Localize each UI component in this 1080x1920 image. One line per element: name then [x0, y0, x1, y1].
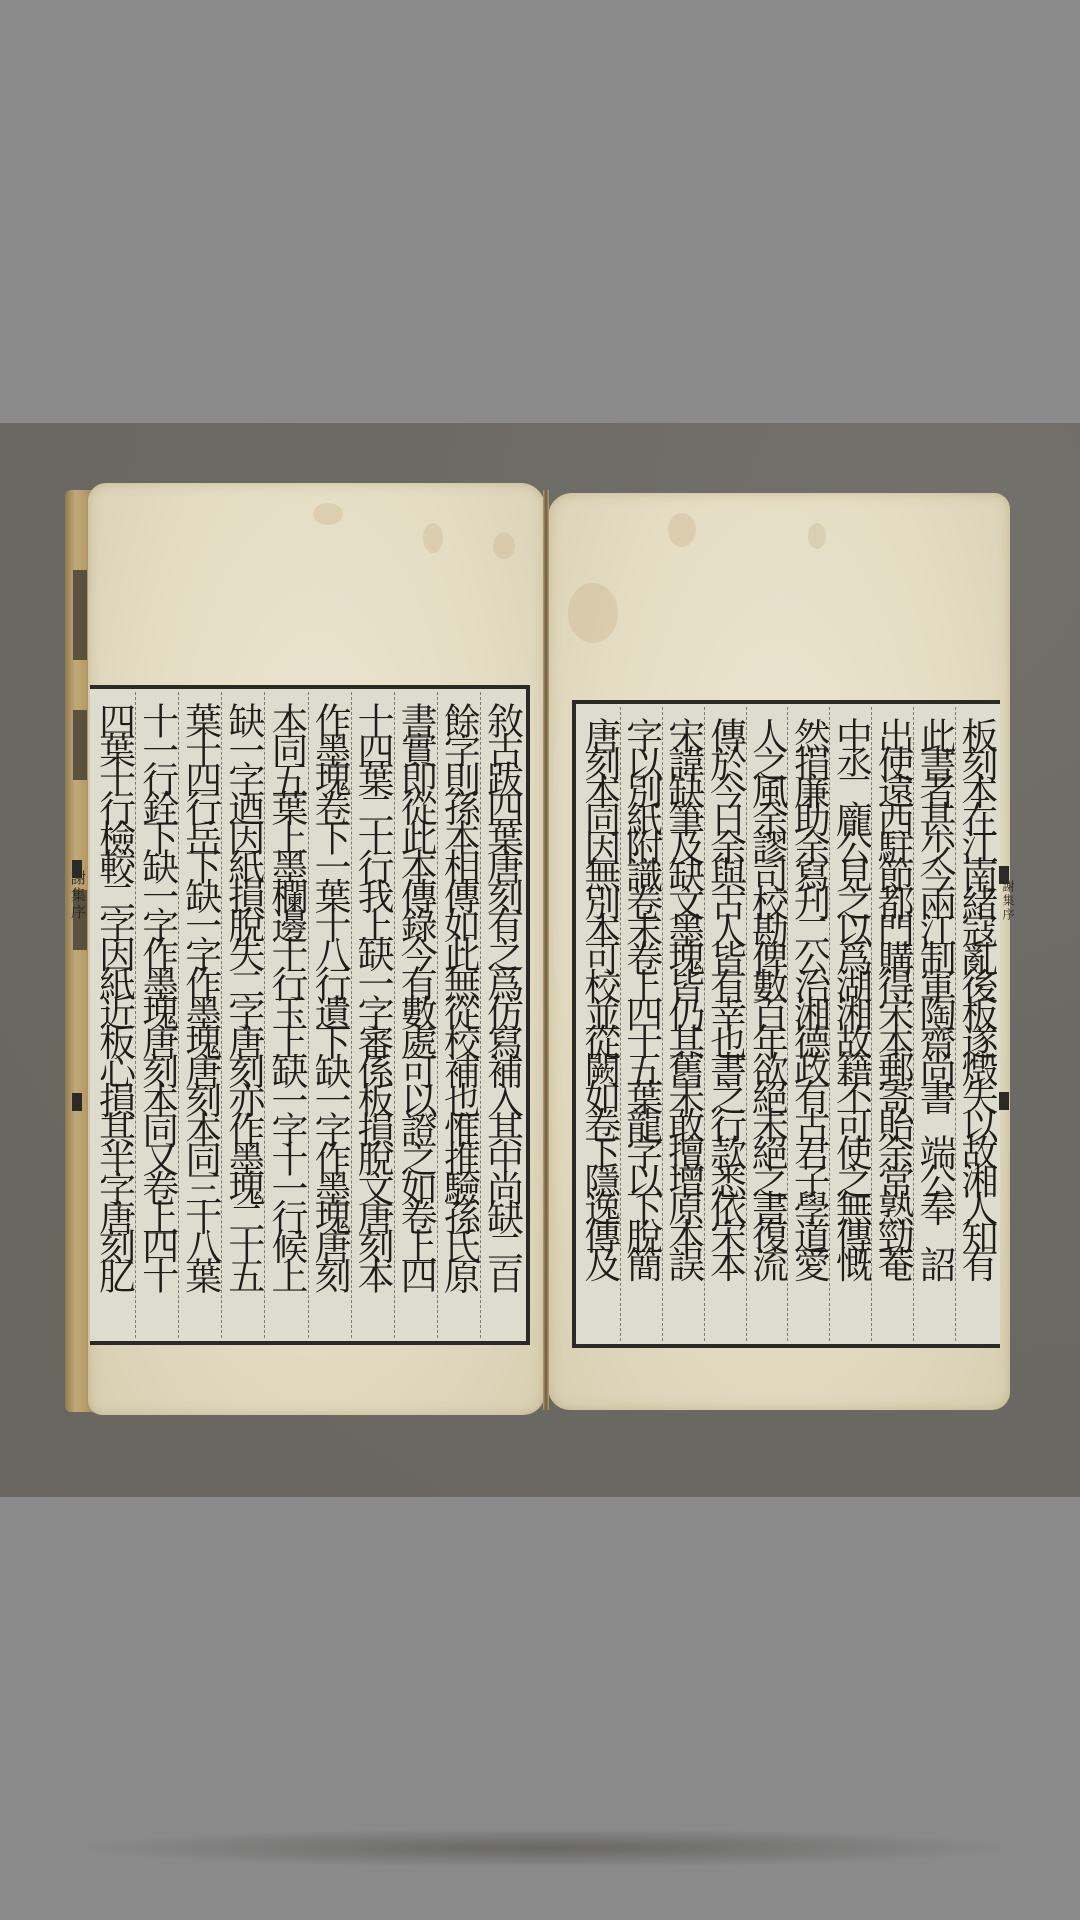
book-gutter [543, 490, 549, 1410]
text-column: 四葉十行檢較二字因紙近板心損其半字唐刻肊 [93, 692, 135, 1338]
left-page-text-frame: 敘古跋四葉唐刻有之爲仿寫補入其中尚缺二百 餘字則孫本相傳如此無從校補也惟推驗孫氏… [90, 685, 530, 1345]
text-column: 作墨塊卷下一葉十八行遺下缺一字作墨塊唐刻 [308, 692, 351, 1338]
fore-edge-mark [73, 570, 87, 660]
right-page-text-frame: 板刻本在江南緒寇亂後板遂燬失以故湘人知有 此書者甚少今兩江制軍陶齋尚書 端公奉 … [572, 700, 1000, 1348]
text-column: 書實即從此本傳錄今有數處可以證之如卷上四 [394, 692, 437, 1338]
text-column: 本同五葉上墨欄邊十行玉上缺一字十一行候上 [264, 692, 307, 1338]
text-column: 中丞 龐公見之以爲湖湘故籍不可使之無傳慨 [829, 707, 871, 1341]
text-column: 唐刻本同因無別本可校並從闕如卷下隱逸傳及 [579, 707, 620, 1341]
fore-edge-mark [73, 710, 87, 780]
text-column: 十一行銓下缺一字作墨塊唐刻本同又卷上四十 [135, 692, 178, 1338]
fishtail-mark-icon [999, 866, 1009, 884]
text-column: 十四葉二十行我上缺一字審係板損脫文唐刻本 [351, 692, 394, 1338]
text-column: 缺一字迺因紙損脫失二字唐刻亦作墨塊二十五 [221, 692, 264, 1338]
fishtail-mark-icon [72, 1093, 82, 1111]
text-column: 敘古跋四葉唐刻有之爲仿寫補入其中尚缺二百 [480, 692, 523, 1338]
book-shadow [70, 1828, 1020, 1868]
right-page-margin-title: 謝集序 [1000, 880, 1017, 922]
fishtail-mark-icon [999, 1092, 1009, 1110]
text-column: 出使遠西駐節都門購得宋本郵寄貽余常熟勁菴 [871, 707, 913, 1341]
text-column: 宋諱缺筆及缺文墨塊皆仍其舊未敢擅增原本誤 [662, 707, 704, 1341]
text-column: 此書者甚少今兩江制軍陶齋尚書 端公奉 詔 [913, 707, 955, 1341]
text-column: 傳於今日余與古人皆有幸也書之行款悉依宋本 [704, 707, 746, 1341]
text-column: 然捐廉助余寫刋二公治湘德政有古君子學道愛 [787, 707, 829, 1341]
text-column: 餘字則孫本相傳如此無從校補也惟推驗孫氏原 [437, 692, 480, 1338]
text-column: 字以別紙附識卷末卷上四十五葉龍字以下脫簡 [620, 707, 662, 1341]
text-column: 人之風余謬司校勘俾數百年欲絕未絕之書復流 [746, 707, 788, 1341]
fishtail-mark-icon [72, 860, 82, 878]
text-column: 板刻本在江南緒寇亂後板遂燬失以故湘人知有 [955, 707, 997, 1341]
text-column: 葉十四行岳下缺一字作墨塊唐刻本同三十八葉 [178, 692, 221, 1338]
